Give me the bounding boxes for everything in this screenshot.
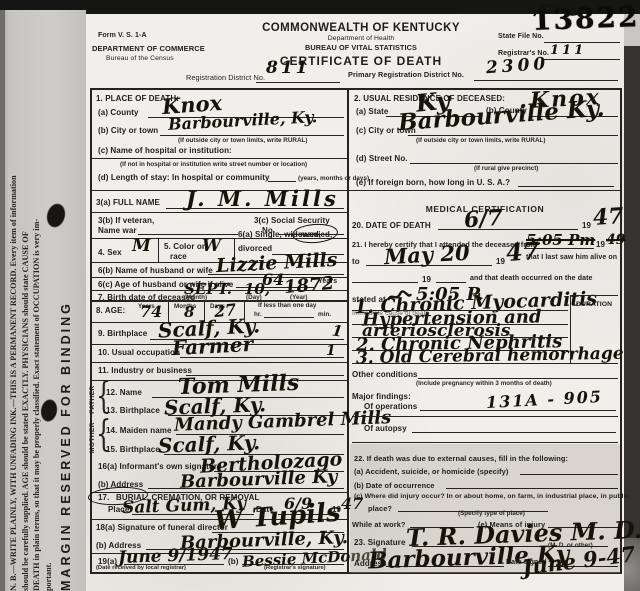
operations-label: Of operations	[364, 402, 417, 411]
bureau-vital: BUREAU OF VITAL STATISTICS	[256, 43, 466, 52]
color-race-label2: race	[170, 252, 187, 261]
to-label: to	[352, 257, 360, 266]
rule	[412, 432, 616, 433]
rule	[544, 59, 620, 60]
sex-value: M	[132, 238, 151, 255]
date-of-death-value: 6/7	[463, 207, 503, 232]
external-causes-label: 22. If death was due to external causes,…	[354, 454, 568, 463]
director-label: 18(a) Signature of funeral director	[96, 523, 228, 532]
accident-label: (a) Accident, suicide, or homicide (spec…	[354, 467, 508, 476]
rule	[160, 135, 344, 136]
primary-district-label: Primary Registration District No.	[348, 70, 464, 79]
certificate-paper: Form V. S. 1-A DEPARTMENT OF COMMERCE Bu…	[86, 14, 624, 591]
rule	[438, 229, 578, 230]
where-injury-label2: place?	[368, 504, 392, 513]
dept-health: Department of Health	[256, 35, 466, 42]
rule	[352, 282, 418, 283]
date-of-death-label: 20. DATE OF DEATH	[352, 221, 431, 230]
reg-district-label: Registration District No.	[186, 73, 265, 82]
death-certificate-scan: N. B.—WRITE PLAINLY, WITH UNFADING INK.—…	[0, 0, 640, 591]
alive-label: that I last saw him alive on	[526, 254, 617, 261]
age-less-label: If less than one day	[258, 302, 316, 309]
alive-year-prefix: 19	[422, 275, 431, 284]
foreign-born-label: (e) If foreign born, how long in U. S. A…	[356, 178, 510, 187]
photo-left-edge	[0, 10, 5, 591]
to-year-prefix: 19	[496, 257, 505, 266]
to-value: May 20	[384, 242, 471, 267]
margin-nb-line: should be carefully supplied. AGE should…	[20, 26, 32, 591]
city-note: (If outside city or town limits, write R…	[178, 137, 307, 144]
street-note: (If rural give precinct)	[474, 165, 538, 172]
received-date-value: June 9/1947	[118, 546, 233, 567]
bureau-census: Bureau of the Census	[106, 55, 174, 62]
city-label: (b) City or town	[98, 126, 158, 135]
rule	[518, 186, 614, 187]
mother-birthplace-value: Scalf, Ky.	[158, 432, 261, 456]
where-injury-note: (Specify type of place)	[458, 510, 525, 517]
rule	[352, 416, 618, 417]
rule	[436, 282, 466, 283]
rule	[352, 442, 618, 443]
dept-commerce: DEPARTMENT OF COMMERCE	[92, 44, 205, 53]
duration-box-border	[570, 295, 618, 296]
duration-box-border	[570, 295, 571, 363]
to-year-value: 47	[505, 239, 540, 265]
form-number: Form V. S. 1-A	[98, 32, 147, 39]
cell-divider	[158, 238, 159, 262]
registrar-caption: (Registrar's signature)	[264, 565, 326, 571]
registrar-b-label: (b)	[228, 557, 239, 566]
mother-birthplace-label: 15. Birthplace	[106, 445, 160, 454]
veteran-war-label: Name war	[98, 226, 137, 235]
rule	[352, 363, 618, 364]
father-side-label: FATHER	[89, 385, 96, 414]
margin-binding-label: MARGIN RESERVED FOR BINDING	[59, 26, 73, 591]
tally-mark: 1	[331, 323, 343, 339]
tally-mark: 1	[326, 344, 336, 358]
father-name-label: 12. Name	[106, 388, 142, 397]
margin-nb-line: portant.	[43, 26, 55, 591]
color-race-value: W	[202, 238, 221, 255]
operations-value: 131A - 905	[486, 389, 604, 411]
hospital-label: (c) Name of hospital or institution:	[98, 146, 232, 155]
where-injury-label: (c) Where did injury occur? In or about …	[354, 493, 630, 500]
age-label: 8. AGE:	[96, 306, 125, 315]
county-label: (a) County	[98, 108, 139, 117]
rule	[90, 362, 348, 363]
occurred-label: and that death occurred on the date	[470, 275, 593, 282]
rule	[138, 234, 238, 235]
hospital-note: (If not in hospital or institution write…	[120, 161, 307, 168]
rule	[520, 474, 618, 475]
certify-struck-year: 49	[606, 233, 625, 247]
rule	[446, 488, 618, 489]
rule	[268, 181, 296, 182]
other-conditions-note: (Include pregnancy within 3 months of de…	[416, 380, 552, 387]
age-min-label: min.	[318, 311, 331, 318]
residence-state-label: (a) State	[356, 107, 388, 116]
rule	[410, 163, 618, 164]
stay-label: (d) Length of stay: In hospital or commu…	[98, 173, 270, 182]
fullname-label: 3(a) FULL NAME	[96, 198, 160, 207]
occupation-value: Farmer	[172, 334, 254, 358]
other-conditions-label: Other conditions	[352, 370, 418, 379]
birthplace-label: 9. Birthplace	[98, 329, 147, 338]
photo-right-edge	[622, 46, 640, 591]
spouse-label: 6(b) Name of husband or wife	[98, 266, 213, 275]
rule	[256, 82, 340, 83]
commonwealth-title: COMMONWEALTH OF KENTUCKY	[256, 22, 466, 34]
pen-scribble-icon	[530, 0, 590, 22]
rule	[408, 135, 618, 136]
street-label: (d) Street No.	[356, 154, 408, 163]
dod-year-prefix: 19	[582, 221, 591, 230]
primary-district-value: 2300	[485, 56, 549, 77]
received-caption: (Date received by local registrar)	[96, 565, 186, 571]
rule	[418, 378, 618, 379]
margin-note: N. B.—WRITE PLAINLY, WITH UNFADING INK.—…	[8, 26, 84, 591]
reg-district-value: 811	[266, 60, 311, 77]
married-circle-mark	[291, 222, 338, 244]
rule	[474, 80, 618, 81]
registrar-no-value: 111	[550, 44, 586, 57]
occupation-label: 10. Usual occupation	[98, 348, 180, 357]
rule	[90, 158, 348, 159]
at-work-label: While at work?	[352, 520, 406, 529]
cause-line-5: 3. Old Cerebral hemorrhage	[356, 346, 624, 368]
dod-year-value: 47	[592, 205, 624, 229]
sex-label: 4. Sex	[98, 248, 122, 257]
occurrence-label: (b) Date of occurrence	[354, 481, 435, 490]
fullname-value: J. M. Mills	[186, 188, 339, 209]
residence-city-note: (If outside city or town limits, write R…	[416, 137, 545, 144]
father-birthplace-label: 13. Birthplace	[106, 406, 160, 415]
duration-label: DURATION	[576, 301, 612, 308]
veteran-label: 3(b) If veteran,	[98, 216, 154, 225]
rule	[264, 317, 314, 318]
box-border	[620, 88, 622, 573]
major-findings-label: Major findings:	[352, 392, 411, 401]
burial-year-value: 47	[341, 496, 363, 512]
margin-nb-line: DEATH in plain terms, so that it may be …	[31, 26, 43, 591]
rule	[90, 190, 622, 191]
mother-name-value: Mandy Gambrel Mills	[174, 409, 392, 435]
autopsy-label: Of autopsy	[364, 424, 407, 433]
color-race-label: 5. Color or	[164, 242, 205, 251]
margin-nb-line: N. B.—WRITE PLAINLY, WITH UNFADING INK.—…	[8, 26, 20, 591]
certify-year-prefix: 19	[596, 240, 605, 249]
rule	[90, 212, 348, 213]
